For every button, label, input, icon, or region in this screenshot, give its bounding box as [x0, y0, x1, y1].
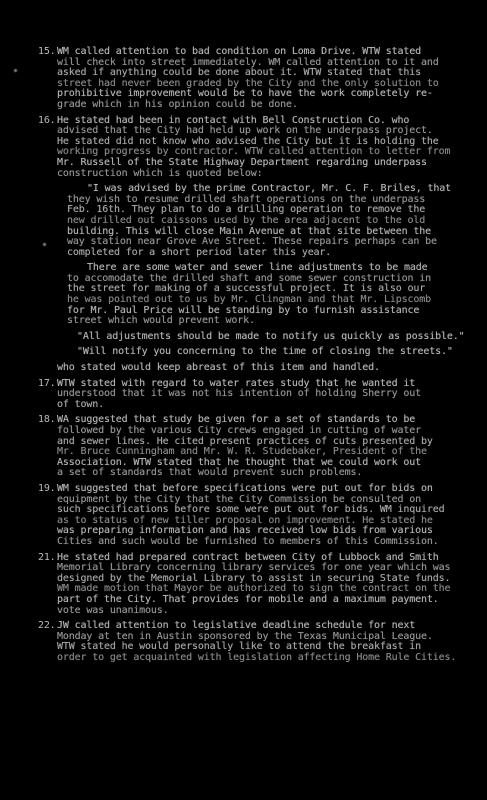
paragraph-number: 15. — [38, 47, 57, 111]
text-line: followed by the various City crews engag… — [57, 426, 468, 437]
paragraph-lines: WM called attention to bad condition on … — [57, 47, 468, 111]
paragraph: who stated would keep abreast of this it… — [38, 363, 468, 374]
text-line: construction which is quoted below: — [57, 169, 468, 180]
paragraph-number: 18. — [38, 415, 57, 479]
paragraph: 16.He stated had been in contact with Be… — [38, 116, 468, 180]
paragraph-number: 21. — [38, 553, 57, 617]
paragraph-lines: "All adjustments should be made to notif… — [57, 332, 468, 343]
document-content: 15.WM called attention to bad condition … — [38, 47, 468, 668]
paragraph: "All adjustments should be made to notif… — [38, 332, 468, 343]
paragraph-lines: "Will notify you concerning to the time … — [57, 347, 468, 358]
paragraph: 22.JW called attention to legislative de… — [38, 621, 468, 663]
text-line: new drilled out caissons used by the are… — [67, 216, 468, 227]
text-line: WM suggested that before specifications … — [57, 484, 468, 495]
paragraph: 15.WM called attention to bad condition … — [38, 47, 468, 111]
paragraph-number: 22. — [38, 621, 57, 663]
scan-artifact-dot — [14, 69, 17, 72]
paragraph-number: 17. — [38, 379, 57, 411]
text-line: grade which in his opinion could be done… — [57, 100, 468, 111]
paragraph: 18.WA suggested that study be given for … — [38, 415, 468, 479]
paragraph-number: 19. — [38, 484, 57, 548]
paragraph-lines: There are some water and sewer line adju… — [57, 263, 468, 327]
text-line: vote was unanimous. — [57, 606, 468, 617]
paragraph-lines: WTW stated with regard to water rates st… — [57, 379, 468, 411]
text-line: WM called attention to bad condition on … — [57, 47, 468, 58]
paragraph-lines: "I was advised by the prime Contractor, … — [57, 184, 468, 258]
paragraph-lines: He stated had been in contact with Bell … — [57, 116, 468, 180]
text-line: a set of standards that would prevent su… — [57, 468, 468, 479]
paragraph-lines: JW called attention to legislative deadl… — [57, 621, 468, 663]
paragraph: 21.He stated had prepared contract betwe… — [38, 553, 468, 617]
paragraph: "Will notify you concerning to the time … — [38, 347, 468, 358]
text-line: Mr. Russell of the State Highway Departm… — [57, 158, 468, 169]
text-line: part of the City. That provides for mobi… — [57, 595, 468, 606]
paragraph-number — [38, 347, 57, 358]
paragraph-lines: WM suggested that before specifications … — [57, 484, 468, 548]
paragraph-number — [38, 332, 57, 343]
text-line: completed for a short period later this … — [67, 248, 468, 259]
text-line: "Will notify you concerning to the time … — [77, 347, 468, 358]
text-line: street which would prevent work. — [67, 316, 468, 327]
text-line: Cities and such would be furnished to me… — [57, 537, 468, 548]
paragraph-lines: WA suggested that study be given for a s… — [57, 415, 468, 479]
text-line: understood that it was not his intention… — [57, 389, 468, 400]
paragraph-lines: who stated would keep abreast of this it… — [57, 363, 468, 374]
scan-artifact-dot — [43, 243, 46, 246]
paragraph: "I was advised by the prime Contractor, … — [38, 184, 468, 258]
text-line: who stated would keep abreast of this it… — [57, 363, 468, 374]
paragraph: 19.WM suggested that before specificatio… — [38, 484, 468, 548]
paragraph-number: 16. — [38, 116, 57, 180]
text-line: of town. — [57, 400, 468, 411]
text-line: "All adjustments should be made to notif… — [77, 332, 468, 343]
paragraph: There are some water and sewer line adju… — [38, 263, 468, 327]
paragraph-number — [38, 263, 57, 327]
paragraph: 17.WTW stated with regard to water rates… — [38, 379, 468, 411]
paragraph-lines: He stated had prepared contract between … — [57, 553, 468, 617]
text-line: order to get acquainted with legislation… — [57, 653, 468, 664]
document-page: 15.WM called attention to bad condition … — [0, 0, 487, 800]
paragraph-number — [38, 363, 57, 374]
paragraph-number — [38, 184, 57, 258]
